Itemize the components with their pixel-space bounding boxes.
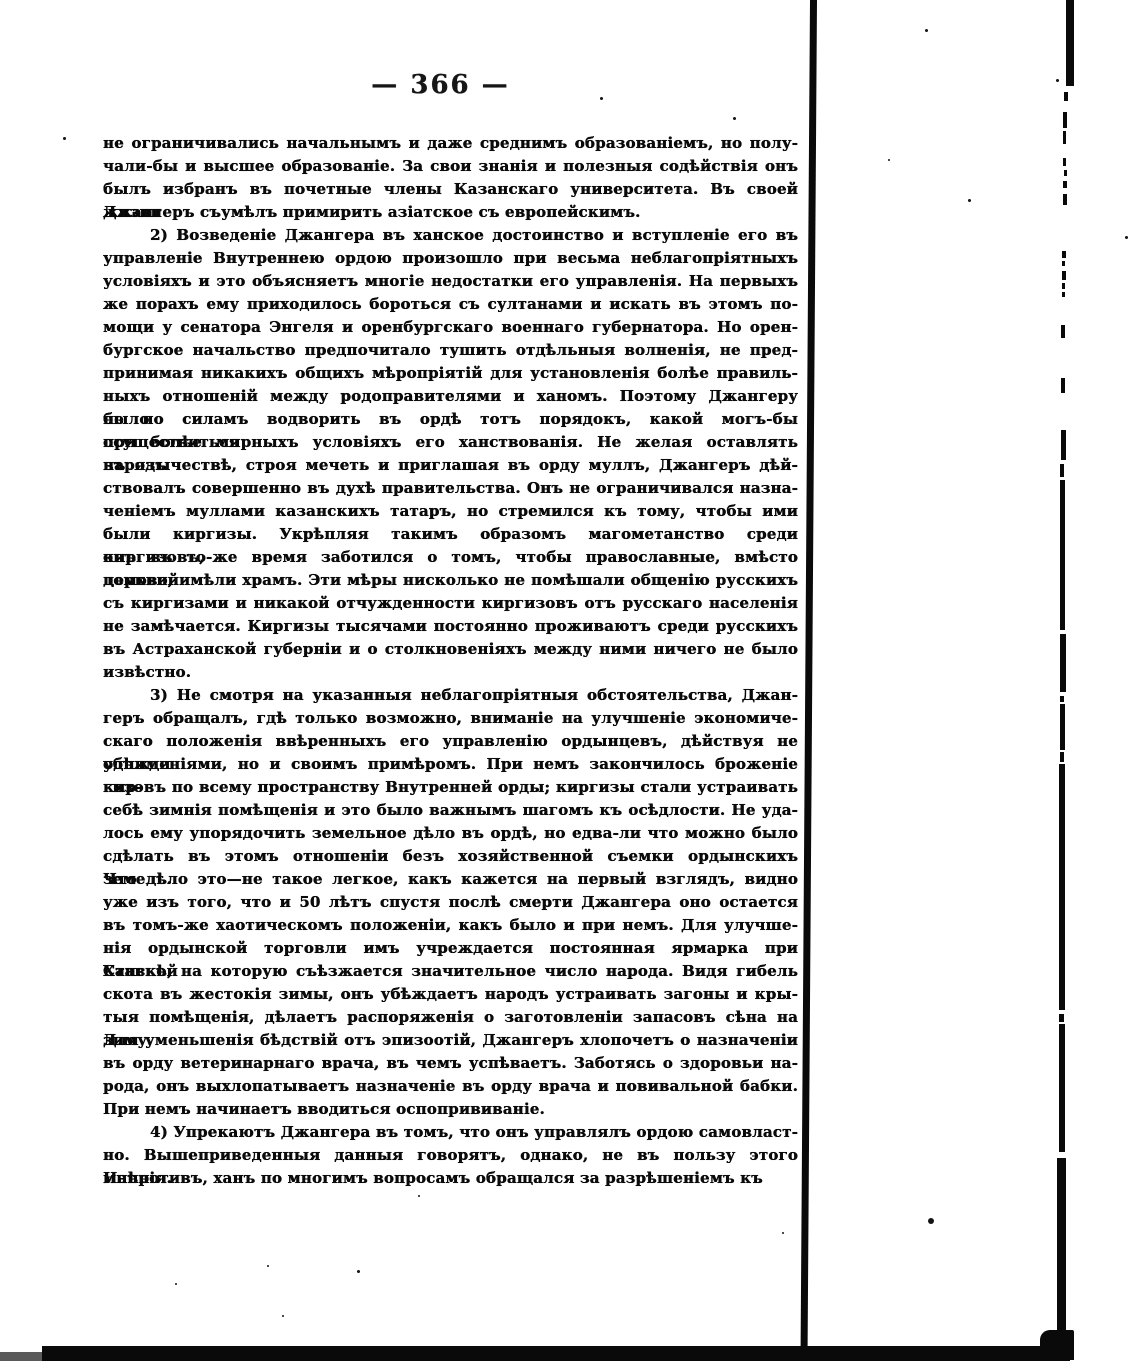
binding-gutter-segment bbox=[1062, 292, 1065, 297]
ink-speck bbox=[782, 1232, 784, 1234]
binding-gutter-segment bbox=[1066, 0, 1074, 86]
text-line: Ставкѣ, на которую съѣзжается значительн… bbox=[103, 960, 798, 983]
binding-gutter-segment bbox=[1059, 764, 1065, 1010]
ink-speck bbox=[63, 137, 66, 140]
ink-speck bbox=[928, 1218, 934, 1224]
binding-gutter-segment bbox=[1061, 378, 1065, 393]
ink-speck bbox=[968, 199, 971, 202]
text-line: Что дѣло это—не такое легкое, какъ кажет… bbox=[103, 868, 798, 891]
text-line: бургское начальство предпочитало тушить … bbox=[103, 339, 798, 362]
text-line: скаго положенія ввѣренныхъ его управлені… bbox=[103, 730, 798, 753]
text-line: же порахъ ему приходилось бороться съ су… bbox=[103, 293, 798, 316]
text-line: не замѣчается. Киргизы тысячами постоянн… bbox=[103, 615, 798, 638]
ink-speck bbox=[733, 117, 736, 120]
text-line: ствовалъ совершенно въ духѣ правительств… bbox=[103, 477, 798, 500]
bottom-scan-bar bbox=[42, 1346, 1070, 1361]
binding-gutter-segment bbox=[1059, 1024, 1065, 1152]
ink-speck bbox=[267, 1265, 269, 1267]
binding-gutter-segment bbox=[1060, 704, 1065, 750]
page-edge-line bbox=[801, 0, 817, 1350]
text-line: Для уменьшенія бѣдствій отъ эпизоотій, Д… bbox=[103, 1029, 798, 1052]
binding-gutter-segment bbox=[1060, 752, 1064, 762]
binding-gutter-segment bbox=[1061, 325, 1065, 338]
text-line: лось ему упорядочить земельное дѣло въ о… bbox=[103, 822, 798, 845]
text-line: онъ въ то-же время заботился о томъ, что… bbox=[103, 546, 798, 569]
text-line: управленіе Внутреннею ордою произошло пр… bbox=[103, 247, 798, 270]
text-line: Джангеръ съумѣлъ примирить азіатское съ … bbox=[103, 201, 798, 224]
text-line: мощи у сенатора Энгеля и оренбургскаго в… bbox=[103, 316, 798, 339]
ink-speck bbox=[1056, 79, 1059, 82]
text-line: былъ избранъ въ почетные члены Казанскаг… bbox=[103, 178, 798, 201]
ink-speck bbox=[357, 1270, 360, 1273]
text-line: 4) Упрекаютъ Джангера въ томъ, что онъ у… bbox=[103, 1121, 798, 1144]
text-line: рода, онъ выхлопатываетъ назначеніе въ о… bbox=[103, 1075, 798, 1098]
page-number: — 366 — bbox=[103, 70, 778, 100]
binding-gutter-segment bbox=[1062, 283, 1065, 289]
binding-gutter-segment bbox=[1063, 112, 1067, 128]
text-line: извѣстно. bbox=[103, 661, 798, 684]
binding-gutter-segment bbox=[1063, 158, 1066, 166]
text-column: не ограничивались начальнымъ и даже сред… bbox=[103, 132, 798, 1190]
ink-speck bbox=[888, 159, 890, 161]
text-line: гизовъ по всему пространству Внутренней … bbox=[103, 776, 798, 799]
text-line: убѣжденіями, но и своимъ примѣромъ. При … bbox=[103, 753, 798, 776]
text-line: Напротивъ, ханъ по многимъ вопросамъ обр… bbox=[103, 1167, 798, 1190]
paragraph: 4) Упрекаютъ Джангера въ томъ, что онъ у… bbox=[103, 1121, 798, 1190]
text-line: ныхъ отношеній между родоправителями и х… bbox=[103, 385, 798, 408]
binding-gutter-segment bbox=[1064, 170, 1067, 176]
binding-gutter-segment bbox=[1062, 251, 1066, 258]
text-line: 2) Возведеніе Джангера въ ханское достои… bbox=[103, 224, 798, 247]
text-line: себѣ зимнія помѣщенія и это было важнымъ… bbox=[103, 799, 798, 822]
paragraph: 3) Не смотря на указанныя неблагопріятны… bbox=[103, 684, 798, 1121]
ink-speck bbox=[175, 1283, 177, 1285]
text-line: ченіемъ муллами казанскихъ татаръ, но ст… bbox=[103, 500, 798, 523]
paragraph: 2) Возведеніе Джангера въ ханское достои… bbox=[103, 224, 798, 684]
paragraph: не ограничивались начальнымъ и даже сред… bbox=[103, 132, 798, 224]
text-line: условіяхъ и это объясняетъ многіе недост… bbox=[103, 270, 798, 293]
text-line: въ Астраханской губерніи и о столкновені… bbox=[103, 638, 798, 661]
binding-gutter-segment bbox=[1062, 261, 1065, 266]
ink-speck bbox=[1125, 236, 1128, 239]
binding-gutter-segment bbox=[1063, 181, 1067, 188]
text-line: нія ордынской торговли имъ учреждается п… bbox=[103, 937, 798, 960]
binding-gutter-segment bbox=[1060, 464, 1064, 477]
binding-gutter-segment bbox=[1061, 430, 1066, 460]
binding-gutter-segment bbox=[1057, 1158, 1066, 1333]
binding-gutter-segment bbox=[1063, 131, 1066, 144]
binding-gutter-segment bbox=[1060, 480, 1065, 630]
bottom-corner-blob bbox=[1040, 1330, 1074, 1360]
binding-gutter-segment bbox=[1059, 1014, 1064, 1022]
binding-gutter-segment bbox=[1060, 696, 1064, 702]
text-line: При немъ начинаетъ вводиться оспопривива… bbox=[103, 1098, 798, 1121]
text-line: не по силамъ водворить въ ордѣ тотъ поря… bbox=[103, 408, 798, 431]
binding-gutter-segment bbox=[1062, 271, 1066, 280]
scanned-page: — 366 — не ограничивались начальнымъ и д… bbox=[0, 0, 1140, 1361]
text-line: въ томъ-же хаотическомъ положеніи, какъ … bbox=[103, 914, 798, 937]
ink-speck bbox=[282, 1315, 284, 1317]
binding-gutter-segment bbox=[1064, 92, 1068, 101]
text-line: чали-бы и высшее образованіе. За свои зн… bbox=[103, 155, 798, 178]
text-line: принимая никакихъ общихъ мѣропріятій для… bbox=[103, 362, 798, 385]
text-line: 3) Не смотря на указанныя неблагопріятны… bbox=[103, 684, 798, 707]
text-line: въ орду ветеринарнаго врача, въ чемъ усп… bbox=[103, 1052, 798, 1075]
text-line: въ язычествѣ, строя мечеть и приглашая в… bbox=[103, 454, 798, 477]
text-line: но. Вышеприведенныя данныя говорятъ, одн… bbox=[103, 1144, 798, 1167]
text-line: при болѣе мирныхъ условіяхъ его ханствов… bbox=[103, 431, 798, 454]
text-line: не ограничивались начальнымъ и даже сред… bbox=[103, 132, 798, 155]
text-line: скота въ жестокія зимы, онъ убѣждаетъ на… bbox=[103, 983, 798, 1006]
text-line: съ киргизами и никакой отчужденности кир… bbox=[103, 592, 798, 615]
text-line: были киргизы. Укрѣпляя такимъ образомъ м… bbox=[103, 523, 798, 546]
text-line: тыя помѣщенія, дѣлаетъ распоряженія о за… bbox=[103, 1006, 798, 1029]
text-line: церкви, имѣли храмъ. Эти мѣры нисколько … bbox=[103, 569, 798, 592]
binding-gutter-segment bbox=[1060, 634, 1066, 692]
ink-speck bbox=[925, 29, 928, 32]
text-line: геръ обращалъ, гдѣ только возможно, вним… bbox=[103, 707, 798, 730]
text-line: уже изъ того, что и 50 лѣтъ спустя послѣ… bbox=[103, 891, 798, 914]
ink-speck bbox=[600, 97, 603, 100]
ink-speck bbox=[418, 1195, 420, 1197]
binding-gutter-segment bbox=[1063, 194, 1067, 205]
text-line: сдѣлать въ этомъ отношеніи безъ хозяйств… bbox=[103, 845, 798, 868]
